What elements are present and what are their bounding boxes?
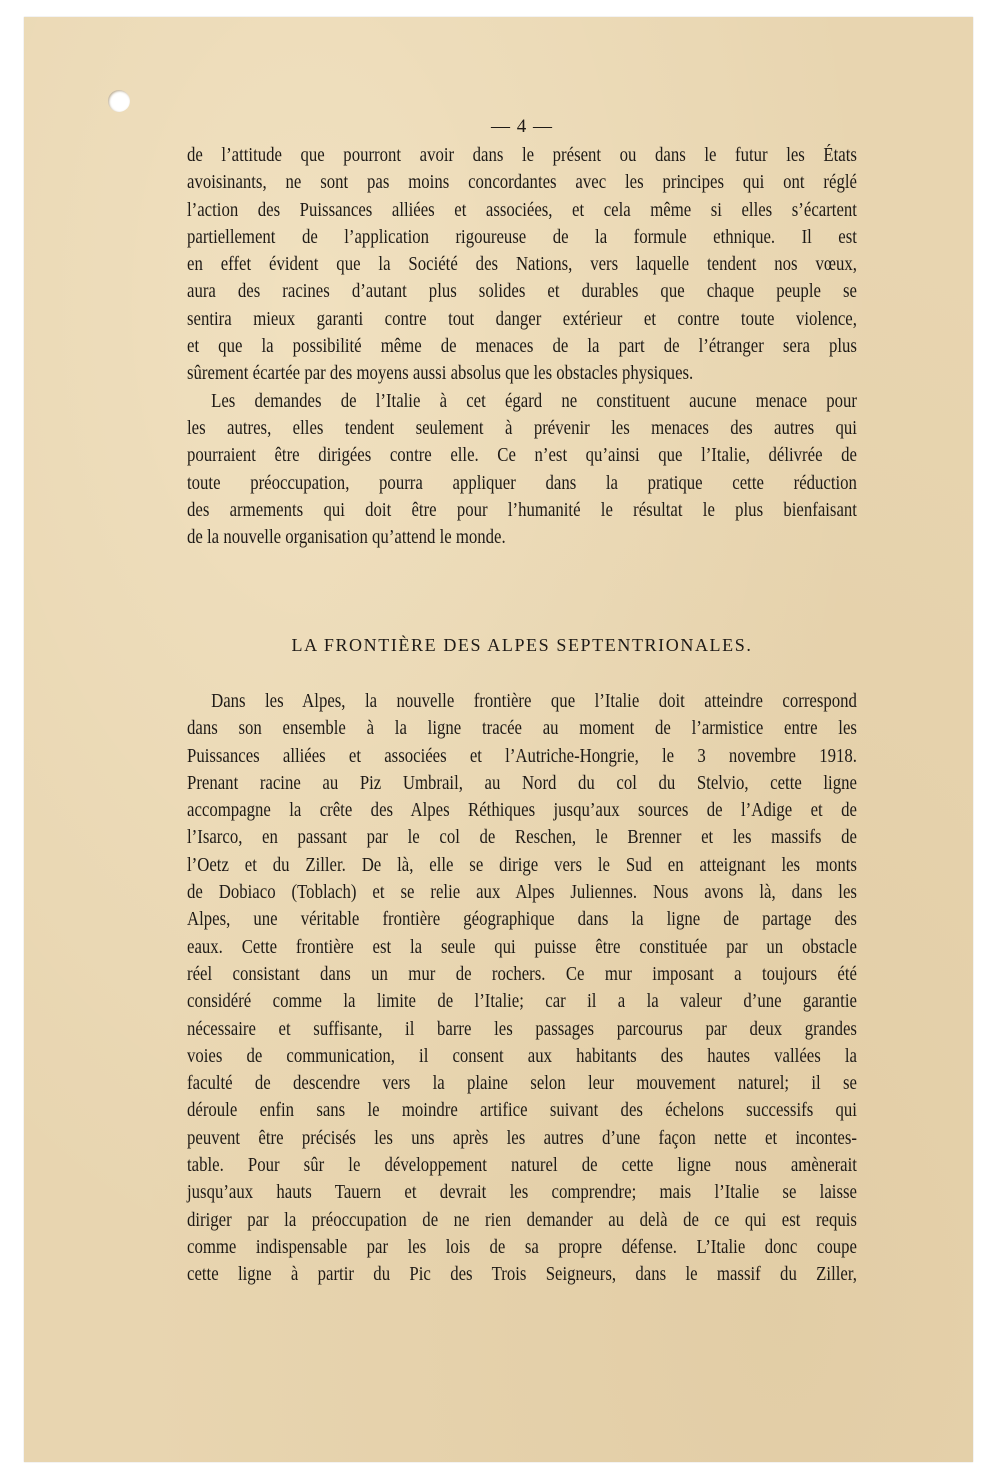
text-line: de l’attitude que pourront avoir dans le… — [187, 142, 857, 169]
text-line: l’Oetz et du Ziller. De là, elle se diri… — [187, 852, 857, 879]
text-line: réel consistant dans un mur de rochers. … — [187, 961, 857, 988]
text-line: l’Isarco, en passant par le col de Resch… — [187, 824, 857, 851]
text-line: Prenant racine au Piz Umbrail, au Nord d… — [187, 770, 857, 797]
text-line: faculté de descendre vers la plaine selo… — [187, 1070, 857, 1097]
text-line: dans son ensemble à la ligne tracée au m… — [187, 715, 857, 742]
text-line: sentira mieux garanti contre tout danger… — [187, 306, 857, 333]
text-line: aura des racines d’autant plus solides e… — [187, 278, 857, 305]
text-line: eaux. Cette frontière est la seule qui p… — [187, 934, 857, 961]
text-line: pourraient être dirigées contre elle. Ce… — [187, 442, 857, 469]
punch-hole — [108, 90, 130, 112]
text-line: partiellement de l’application rigoureus… — [187, 224, 857, 251]
text-line: jusqu’aux hauts Tauern et devrait les co… — [187, 1179, 857, 1206]
text-line: Puissances alliées et associées et l’Aut… — [187, 743, 857, 770]
text-line: nécessaire et suffisante, il barre les p… — [187, 1016, 857, 1043]
text-line: avoisinants, ne sont pas moins concordan… — [187, 169, 857, 196]
text-line: sûrement écartée par des moyens aussi ab… — [187, 360, 857, 387]
paragraph-1: de l’attitude que pourront avoir dans le… — [187, 142, 857, 388]
text-line: en effet évident que la Société des Nati… — [187, 251, 857, 278]
text-line: diriger par la préoccupation de ne rien … — [187, 1207, 857, 1234]
text-line: Dans les Alpes, la nouvelle frontière qu… — [187, 688, 857, 715]
text-line: peuvent être précisés les uns après les … — [187, 1125, 857, 1152]
text-line: déroule enfin sans le moindre artifice s… — [187, 1097, 857, 1124]
text-line: comme indispensable par les lois de sa p… — [187, 1234, 857, 1261]
text-line: toute préoccupation, pourra appliquer da… — [187, 470, 857, 497]
text-column: — 4 — de l’attitude que pourront avoir d… — [187, 112, 857, 551]
paragraph-2: Les demandes de l’Italie à cet égard ne … — [187, 388, 857, 552]
page-number: — 4 — — [187, 112, 857, 142]
text-line: les autres, elles tendent seulement à pr… — [187, 415, 857, 442]
paragraph-3: Dans les Alpes, la nouvelle frontière qu… — [187, 688, 857, 1289]
text-line: de la nouvelle organisation qu’attend le… — [187, 524, 857, 551]
text-line: Les demandes de l’Italie à cet égard ne … — [187, 388, 857, 415]
section-heading: LA FRONTIÈRE DES ALPES SEPTENTRIONALES. — [187, 635, 857, 656]
text-line: l’action des Puissances alliées et assoc… — [187, 197, 857, 224]
text-line: Alpes, une véritable frontière géographi… — [187, 906, 857, 933]
text-line: des armements qui doit être pour l’human… — [187, 497, 857, 524]
text-line: accompagne la crête des Alpes Réthiques … — [187, 797, 857, 824]
text-line: et que la possibilité même de menaces de… — [187, 333, 857, 360]
text-line: cette ligne à partir du Pic des Trois Se… — [187, 1261, 857, 1288]
text-line: considéré comme la limite de l’Italie; c… — [187, 988, 857, 1015]
text-line: table. Pour sûr le développement naturel… — [187, 1152, 857, 1179]
text-line: de Dobiaco (Toblach) et se relie aux Alp… — [187, 879, 857, 906]
text-line: voies de communication, il consent aux h… — [187, 1043, 857, 1070]
